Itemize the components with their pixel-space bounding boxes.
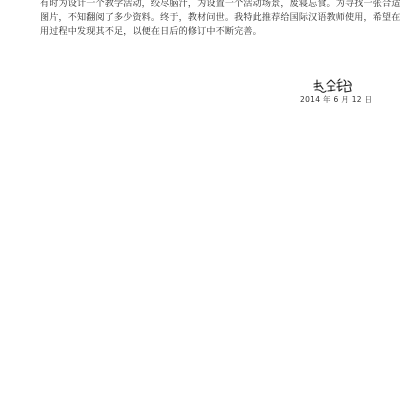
document-page: 有时为设计一个教学活动，绞尽脑汁，为设置一个活动场景，废寝忘食。为寻找一张合适的… — [0, 0, 400, 400]
paragraph-line: 有时为设计一个教学活动，绞尽脑汁，为设置一个活动场景，废寝忘食。为寻找一张合适的 — [40, 0, 366, 11]
body-paragraph: 有时为设计一个教学活动，绞尽脑汁，为设置一个活动场景，废寝忘食。为寻找一张合适的… — [40, 0, 366, 39]
document-date: 2014 年 6 月 12 日 — [300, 95, 372, 105]
paragraph-line: 用过程中发现其不足，以便在日后的修订中不断完善。 — [40, 25, 366, 39]
signature-icon — [312, 78, 354, 95]
paragraph-line: 图片，不知翻阅了多少资料。终于，教材问世。我特此推荐给国际汉语教师使用，希望在使 — [40, 11, 366, 25]
handwritten-signature — [312, 78, 354, 95]
